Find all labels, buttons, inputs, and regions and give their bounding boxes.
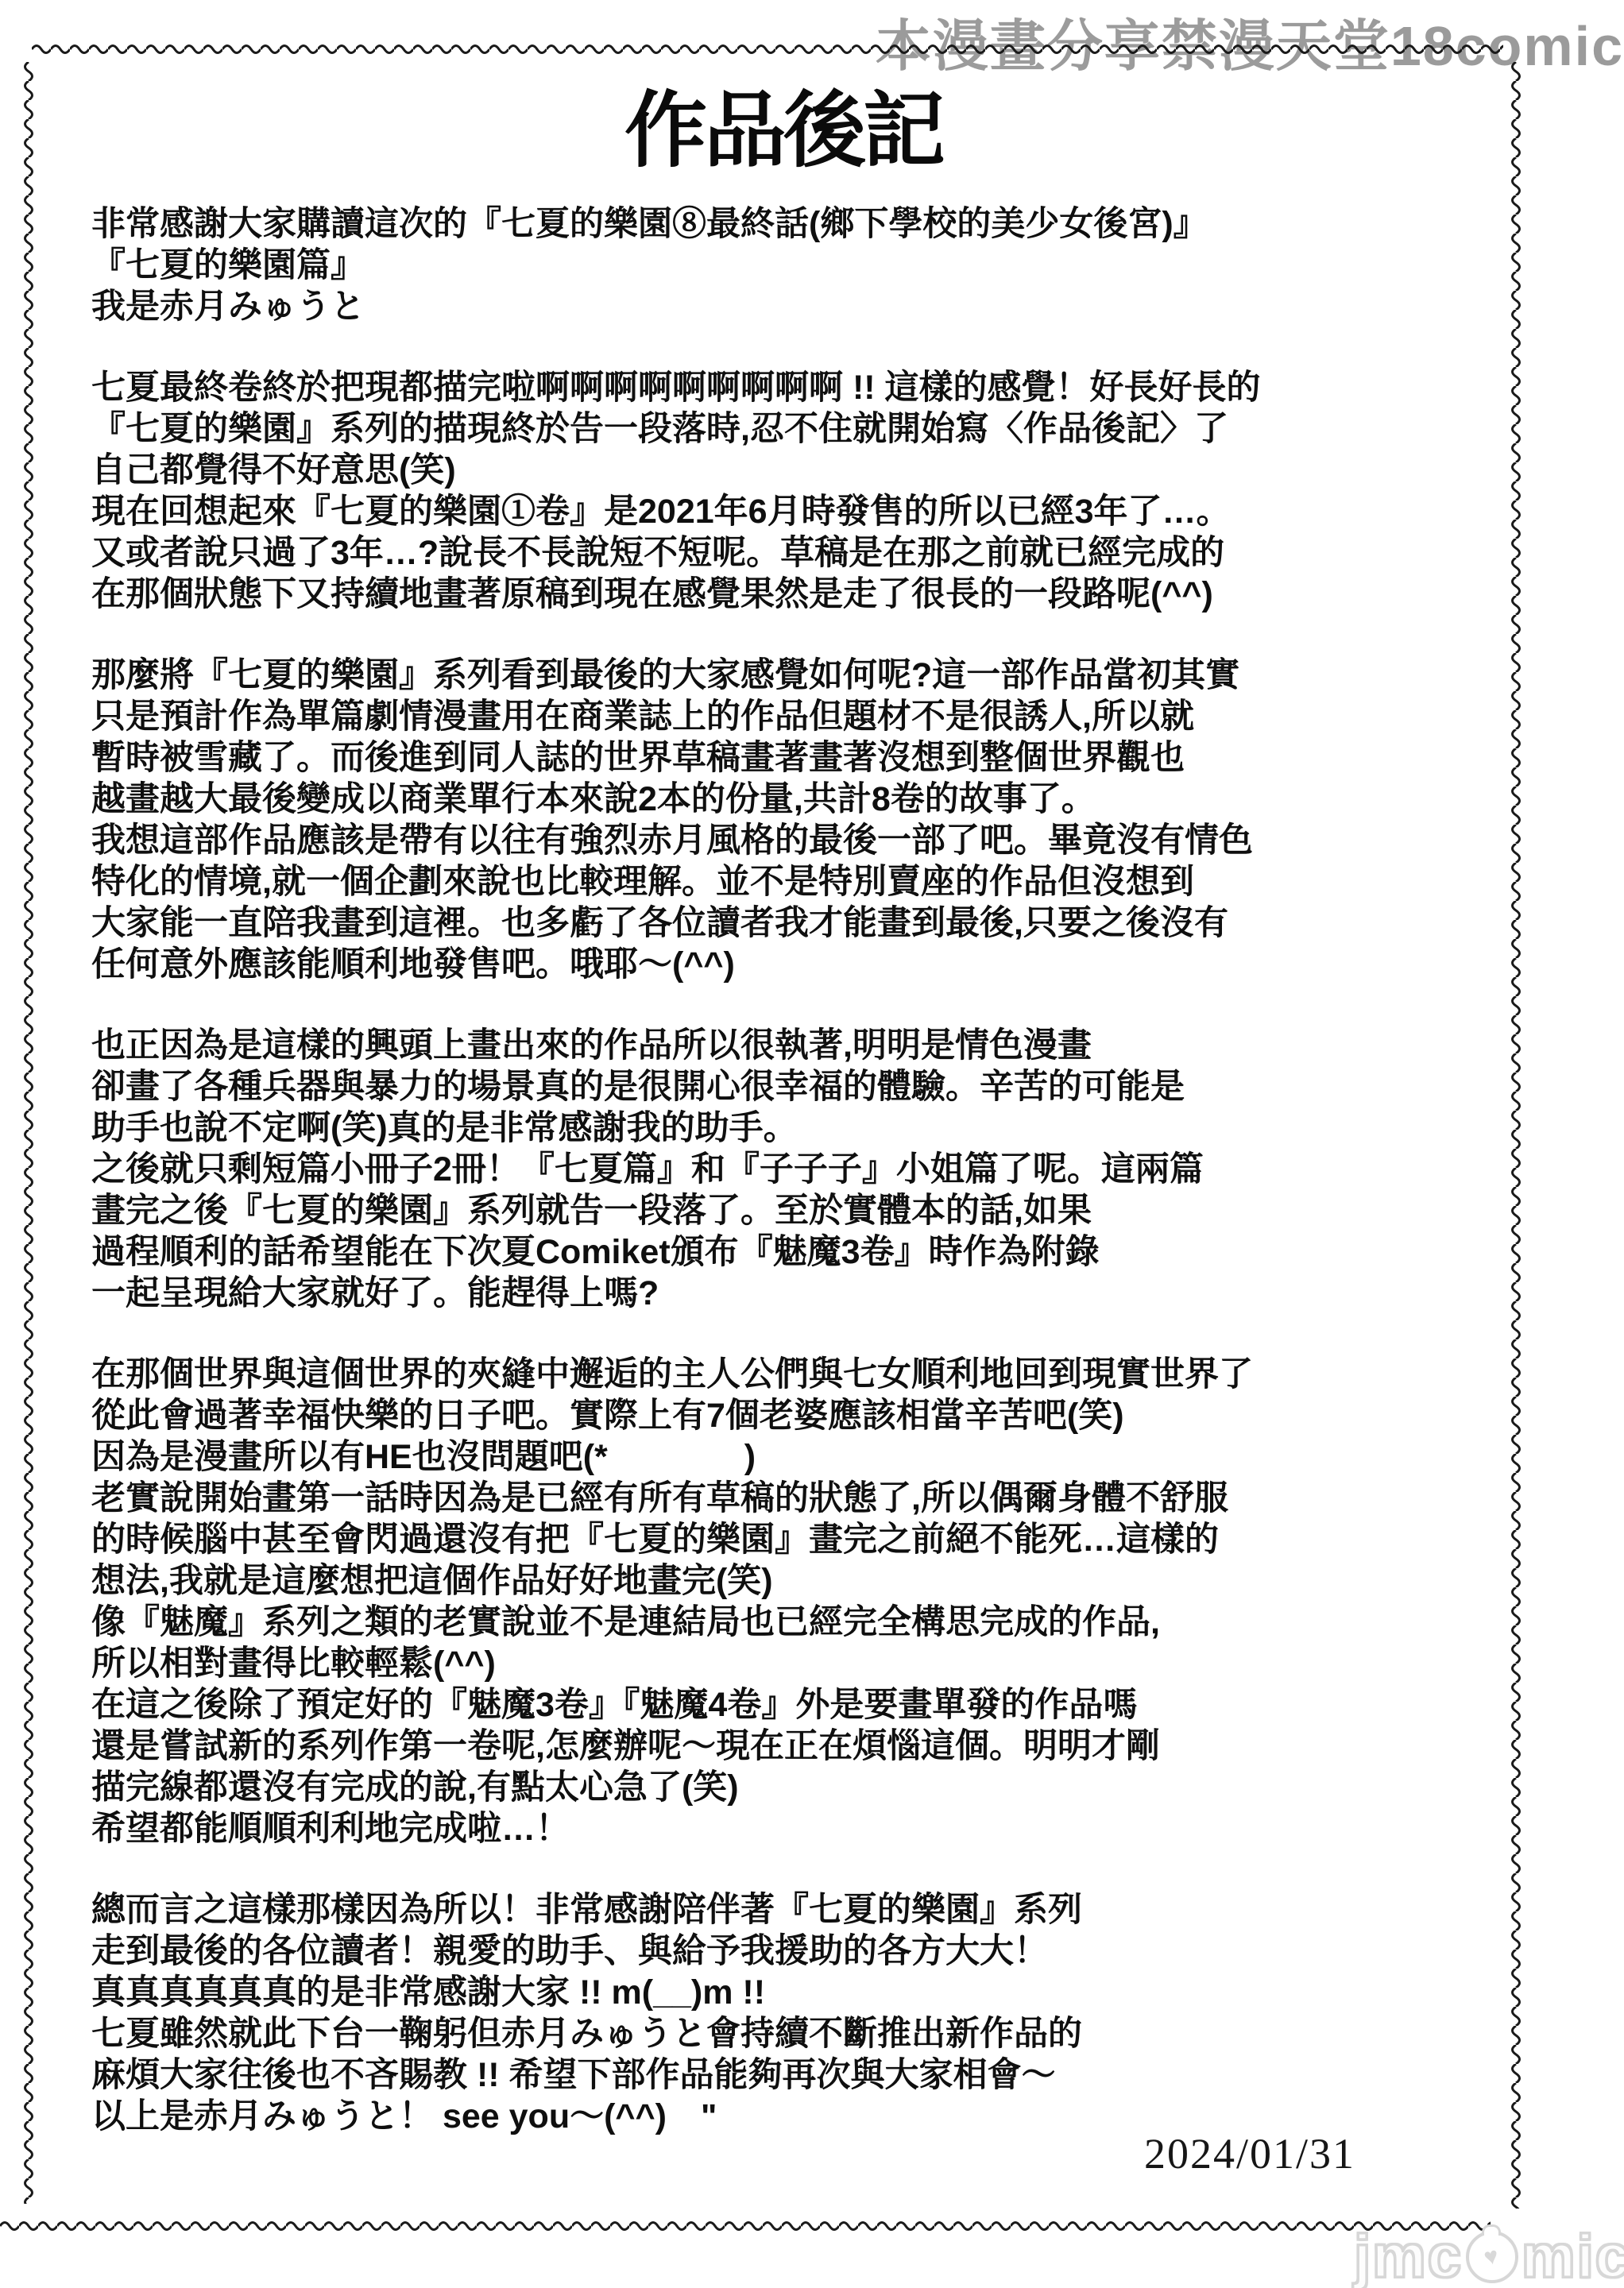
text-line: 也正因為是這樣的興頭上畫出來的作品所以很執著,明明是情色漫畫 (91, 1025, 1442, 1066)
text-line: 越畫越大最後變成以商業單行本來說2本的份量,共計8卷的故事了。 (91, 779, 1442, 820)
text-line: 畫完之後『七夏的樂園』系列就告一段落了。至於實體本的話,如果 (91, 1190, 1442, 1231)
text-line: 在那個世界與這個世界的夾縫中邂逅的主人公們與七女順利地回到現實世界了 (91, 1354, 1442, 1395)
right-border-squiggle (1508, 62, 1524, 2209)
text-line: 在這之後除了預定好的『魅魔3卷』『魅魔4卷』外是要畫單發的作品嗎 (91, 1684, 1442, 1726)
text-line: 七夏雖然就此下台一鞠躬但赤月みゅうと會持續不斷推出新作品的 (91, 2013, 1442, 2054)
text-line: 『七夏的樂園篇』 (91, 245, 1442, 286)
text-line: 老實說開始畫第一話時因為是已經有所有草稿的狀態了,所以偶爾身體不舒服 (91, 1478, 1442, 1519)
text-line: 我是赤月みゅうと (91, 286, 1442, 327)
bottom-border-squiggle (0, 2218, 1491, 2234)
text-line: 走到最後的各位讀者！親愛的助手、與給予我援助的各方大大！ (91, 1930, 1442, 1972)
text-line: 總而言之這樣那樣因為所以！非常感謝陪伴著『七夏的樂園』系列 (91, 1889, 1442, 1930)
text-line: 麻煩大家往後也不吝賜教 !! 希望下部作品能夠再次與大家相會～ (91, 2054, 1442, 2096)
text-line: 描完線都還沒有完成的說,有點太心急了(笑) (91, 1767, 1442, 1808)
jmcomic-text-left: jmc (1354, 2222, 1463, 2288)
afterword-page: 本漫畫分享禁漫天堂18comic (0, 0, 1624, 2288)
text-line: 在那個狀態下又持續地畫著原稿到現在感覺果然是走了很長的一段路呢(^^) (91, 574, 1442, 615)
text-line: 一起呈現給大家就好了。能趕得上嗎? (91, 1273, 1442, 1314)
heart-icon: ♥ (1482, 2242, 1502, 2271)
top-border-squiggle (32, 41, 1503, 57)
text-line: 暫時被雪藏了。而後進到同人誌的世界草稿畫著畫著沒想到整個世界觀也 (91, 737, 1442, 779)
jmcomic-watermark: jmc ♥ mic (1354, 2222, 1624, 2288)
text-line: 非常感謝大家購讀這次的『七夏的樂園⑧最終話(鄉下學校的美少女後宮)』 (91, 203, 1442, 245)
text-line: 助手也說不定啊(笑)真的是非常感謝我的助手。 (91, 1107, 1442, 1149)
text-line: 像『魅魔』系列之類的老實說並不是連結局也已經完全構思完成的作品, (91, 1602, 1442, 1643)
jmcomic-chick-icon: ♥ (1466, 2231, 1518, 2283)
paragraph: 也正因為是這樣的興頭上畫出來的作品所以很執著,明明是情色漫畫卻畫了各種兵器與暴力… (91, 1025, 1442, 1314)
paragraph: 那麼將『七夏的樂園』系列看到最後的大家感覺如何呢?這一部作品當初其實只是預計作為… (91, 655, 1442, 985)
paragraph: 七夏最終卷終於把現都描完啦啊啊啊啊啊啊啊啊啊 !! 這樣的感覺！好長好長的『七夏… (91, 367, 1442, 615)
paragraph: 總而言之這樣那樣因為所以！非常感謝陪伴著『七夏的樂園』系列走到最後的各位讀者！親… (91, 1889, 1442, 2137)
text-line: 現在回想起來『七夏的樂園①卷』是2021年6月時發售的所以已經3年了…。 (91, 491, 1442, 532)
text-line: 任何意外應該能順利地發售吧。哦耶～(^^) (91, 944, 1442, 985)
jmcomic-text-right: mic (1522, 2222, 1624, 2288)
text-line: 希望都能順順利利地完成啦…！ (91, 1808, 1442, 1849)
text-line: 的時候腦中甚至會閃過還沒有把『七夏的樂園』畫完之前絕不能死…這樣的 (91, 1519, 1442, 1560)
text-line: 『七夏的樂園』系列的描現終於告一段落時,忍不住就開始寫〈作品後記〉了 (91, 408, 1442, 450)
paragraph: 非常感謝大家購讀這次的『七夏的樂園⑧最終話(鄉下學校的美少女後宮)』『七夏的樂園… (91, 203, 1442, 327)
text-line: 從此會過著幸福快樂的日子吧。實際上有7個老婆應該相當辛苦吧(笑) (91, 1395, 1442, 1436)
text-line: 卻畫了各種兵器與暴力的場景真的是很開心很幸福的體驗。辛苦的可能是 (91, 1066, 1442, 1107)
text-line: 又或者說只過了3年…?說長不長說短不短呢。草稿是在那之前就已經完成的 (91, 532, 1442, 574)
text-line: 因為是漫畫所以有HE也沒問題吧(* ) (91, 1436, 1442, 1478)
text-line: 特化的情境,就一個企劃來說也比較理解。並不是特別賣座的作品但沒想到 (91, 861, 1442, 902)
text-line: 大家能一直陪我畫到這裡。也多虧了各位讀者我才能畫到最後,只要之後沒有 (91, 902, 1442, 944)
text-line: 真真真真真真的是非常感謝大家 !! m(__)m !! (91, 1972, 1442, 2013)
paragraph: 在那個世界與這個世界的夾縫中邂逅的主人公們與七女順利地回到現實世界了從此會過著幸… (91, 1354, 1442, 1849)
left-border-squiggle (21, 62, 37, 2204)
text-line: 過程順利的話希望能在下次夏Comiket頒布『魅魔3卷』時作為附錄 (91, 1231, 1442, 1273)
text-line: 之後就只剩短篇小冊子2冊！『七夏篇』和『子子子』小姐篇了呢。這兩篇 (91, 1149, 1442, 1190)
page-title: 作品後記 (0, 64, 1567, 183)
text-line: 想法,我就是這麼想把這個作品好好地畫完(笑) (91, 1560, 1442, 1602)
text-line: 我想這部作品應該是帶有以往有強烈赤月風格的最後一部了吧。畢竟沒有情色 (91, 820, 1442, 861)
text-line: 自己都覺得不好意思(笑) (91, 450, 1442, 491)
text-line: 那麼將『七夏的樂園』系列看到最後的大家感覺如何呢?這一部作品當初其實 (91, 655, 1442, 696)
date-stamp: 2024/01/31 (1144, 2129, 1355, 2178)
afterword-body: 非常感謝大家購讀這次的『七夏的樂園⑧最終話(鄉下學校的美少女後宮)』『七夏的樂園… (91, 203, 1442, 2177)
text-line: 所以相對畫得比較輕鬆(^^) (91, 1643, 1442, 1684)
text-line: 只是預計作為單篇劇情漫畫用在商業誌上的作品但題材不是很誘人,所以就 (91, 696, 1442, 737)
text-line: 七夏最終卷終於把現都描完啦啊啊啊啊啊啊啊啊啊 !! 這樣的感覺！好長好長的 (91, 367, 1442, 408)
text-line: 還是嘗試新的系列作第一卷呢,怎麼辦呢～現在正在煩惱這個。明明才剛 (91, 1726, 1442, 1767)
